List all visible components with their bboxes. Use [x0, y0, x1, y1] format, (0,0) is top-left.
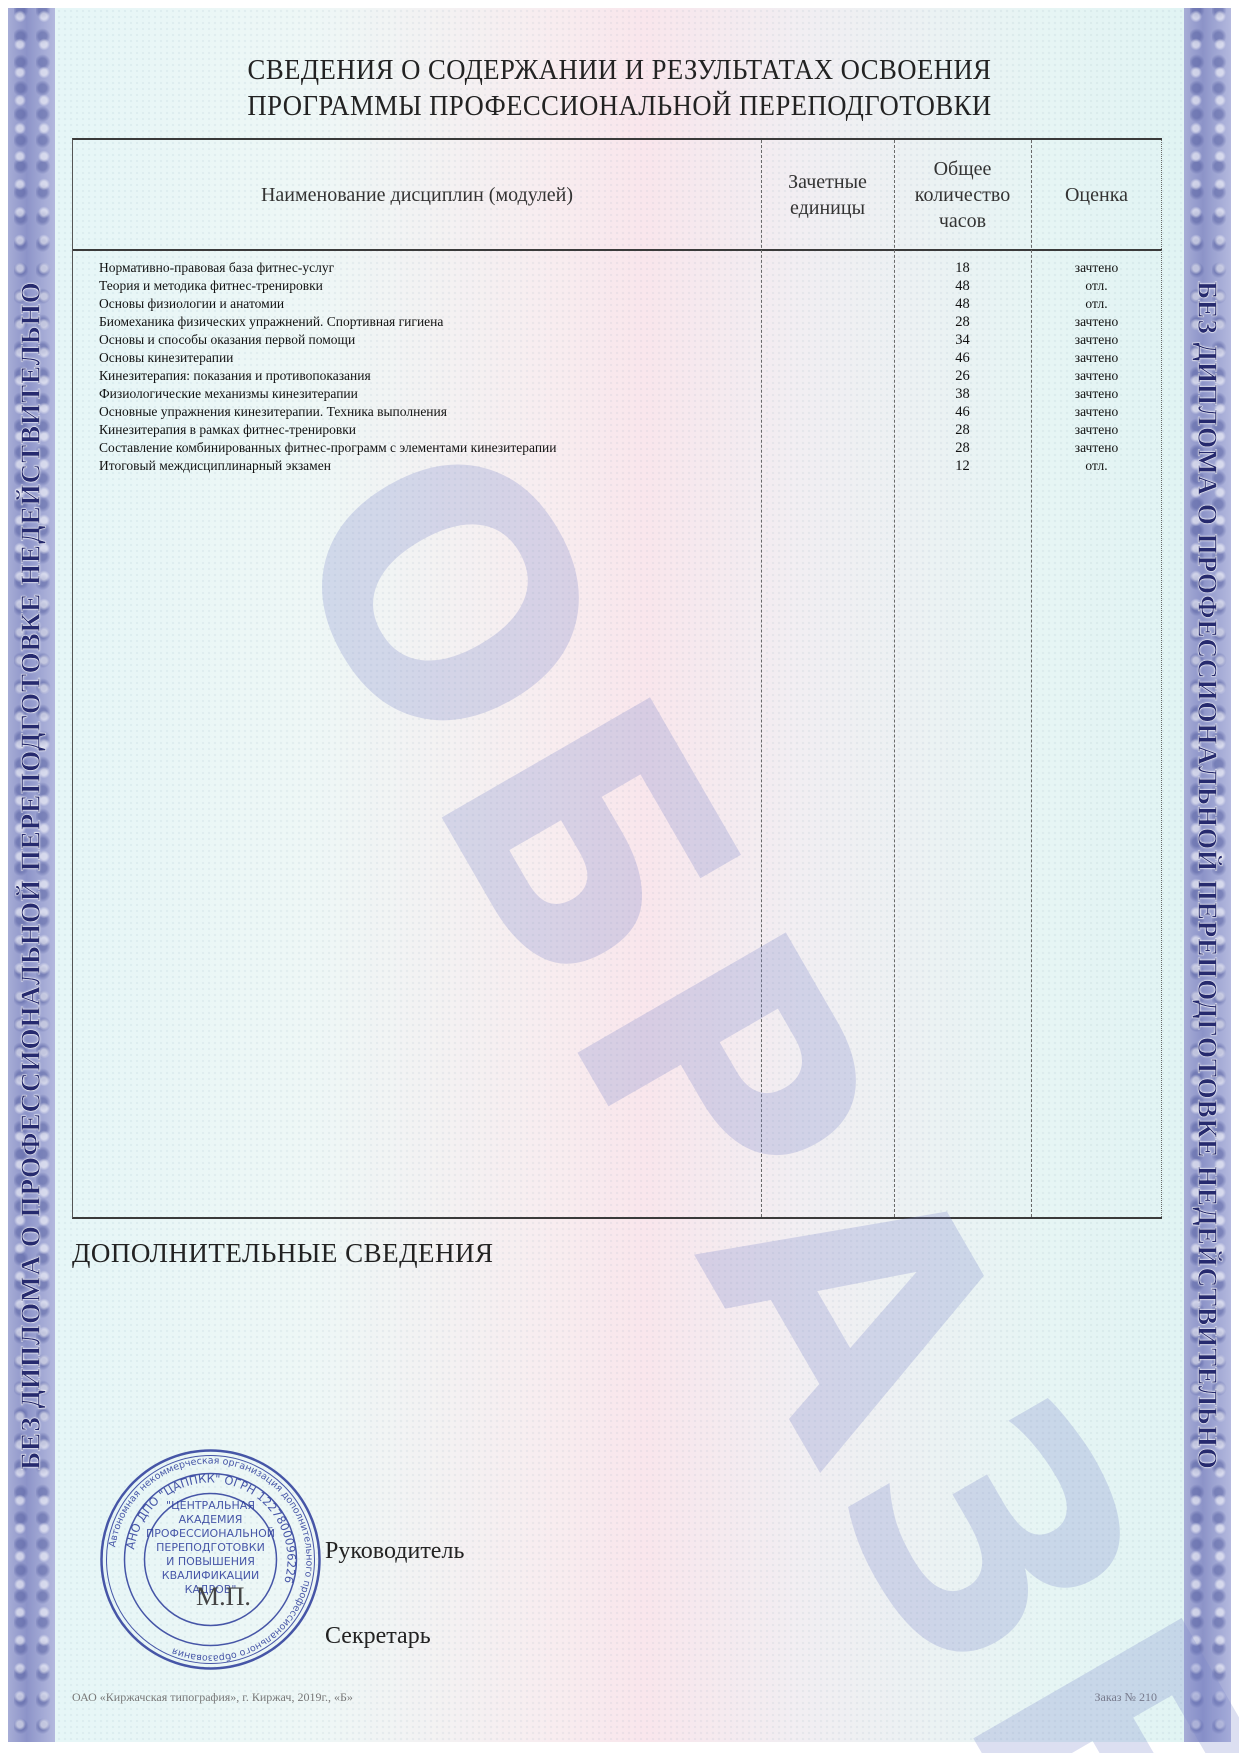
- grade: зачтено: [1031, 259, 1162, 277]
- total-hours: 34: [894, 331, 1031, 349]
- total-hours: 26: [894, 367, 1031, 385]
- discipline-name: Кинезитерапия: показания и противопоказа…: [99, 367, 371, 385]
- head-signature-label: Руководитель: [325, 1538, 464, 1565]
- discipline-name: Составление комбинированных фитнес-прогр…: [99, 439, 557, 457]
- grade: зачтено: [1031, 439, 1162, 457]
- grade: зачтено: [1031, 313, 1162, 331]
- table-row: Основные упражнения кинезитерапии. Техни…: [73, 403, 1162, 421]
- table-row: Теория и методика фитнес-тренировки48отл…: [73, 277, 1162, 295]
- discipline-name: Основы кинезитерапии: [99, 349, 233, 367]
- total-hours: 38: [894, 385, 1031, 403]
- discipline-name: Теория и методика фитнес-тренировки: [99, 277, 323, 295]
- organization-seal-icon: Автономная некоммерческая организация до…: [98, 1447, 323, 1672]
- header-discipline-name: Наименование дисциплин (модулей): [73, 140, 761, 249]
- header-divider: [73, 249, 1162, 251]
- printer-imprint: ОАО «Киржачская типография», г. Киржач, …: [72, 1690, 353, 1705]
- total-hours: 48: [894, 295, 1031, 313]
- border-warning-text: БЕЗ ДИПЛОМА О ПРОФЕССИОНАЛЬНОЙ ПЕРЕПОДГО…: [1192, 281, 1223, 1469]
- secretary-signature-label: Секретарь: [325, 1623, 431, 1650]
- discipline-name: Основные упражнения кинезитерапии. Техни…: [99, 403, 447, 421]
- table-row: Основы кинезитерапии46зачтено: [73, 349, 1162, 367]
- discipline-name: Основы и способы оказания первой помощи: [99, 331, 355, 349]
- total-hours: 28: [894, 421, 1031, 439]
- table-row: Итоговый междисциплинарный экзамен12отл.: [73, 457, 1162, 475]
- right-security-border: БЕЗ ДИПЛОМА О ПРОФЕССИОНАЛЬНОЙ ПЕРЕПОДГО…: [1184, 8, 1231, 1742]
- discipline-name: Нормативно-правовая база фитнес-услуг: [99, 259, 334, 277]
- grade: отл.: [1031, 457, 1162, 475]
- left-security-border: БЕЗ ДИПЛОМА О ПРОФЕССИОНАЛЬНОЙ ПЕРЕПОДГО…: [8, 8, 55, 1742]
- table-row: Основы физиологии и анатомии48отл.: [73, 295, 1162, 313]
- table-row: Основы и способы оказания первой помощи3…: [73, 331, 1162, 349]
- table-row: Составление комбинированных фитнес-прогр…: [73, 439, 1162, 457]
- grade: зачтено: [1031, 421, 1162, 439]
- stamp-place-label: М.П.: [196, 1582, 251, 1612]
- discipline-name: Кинезитерапия в рамках фитнес-тренировки: [99, 421, 356, 439]
- additional-info-heading: ДОПОЛНИТЕЛЬНЫЕ СВЕДЕНИЯ: [72, 1238, 494, 1269]
- table-row: Биомеханика физических упражнений. Спорт…: [73, 313, 1162, 331]
- grade: зачтено: [1031, 367, 1162, 385]
- disciplines-table: Наименование дисциплин (модулей) Зачетны…: [72, 138, 1162, 1219]
- total-hours: 28: [894, 313, 1031, 331]
- discipline-name: Биомеханика физических упражнений. Спорт…: [99, 313, 443, 331]
- title-line-2: ПРОГРАММЫ ПРОФЕССИОНАЛЬНОЙ ПЕРЕПОДГОТОВК…: [50, 88, 1190, 124]
- grade: отл.: [1031, 295, 1162, 313]
- total-hours: 12: [894, 457, 1031, 475]
- grade: зачтено: [1031, 331, 1162, 349]
- page-title: СВЕДЕНИЯ О СОДЕРЖАНИИ И РЕЗУЛЬТАТАХ ОСВО…: [0, 52, 1239, 124]
- header-credits: Зачетные единицы: [761, 140, 894, 249]
- header-grade: Оценка: [1031, 140, 1162, 249]
- discipline-name: Физиологические механизмы кинезитерапии: [99, 385, 358, 403]
- table-row: Физиологические механизмы кинезитерапии3…: [73, 385, 1162, 403]
- discipline-name: Итоговый междисциплинарный экзамен: [99, 457, 331, 475]
- total-hours: 48: [894, 277, 1031, 295]
- total-hours: 46: [894, 403, 1031, 421]
- table-row: Кинезитерапия в рамках фитнес-тренировки…: [73, 421, 1162, 439]
- header-total-hours: Общее количество часов: [894, 140, 1031, 249]
- total-hours: 28: [894, 439, 1031, 457]
- grade: зачтено: [1031, 385, 1162, 403]
- border-warning-text: БЕЗ ДИПЛОМА О ПРОФЕССИОНАЛЬНОЙ ПЕРЕПОДГО…: [16, 281, 47, 1469]
- grade: зачтено: [1031, 403, 1162, 421]
- discipline-name: Основы физиологии и анатомии: [99, 295, 284, 313]
- total-hours: 18: [894, 259, 1031, 277]
- table-row: Кинезитерапия: показания и противопоказа…: [73, 367, 1162, 385]
- table-body: Нормативно-правовая база фитнес-услуг18з…: [73, 259, 1162, 475]
- table-row: Нормативно-правовая база фитнес-услуг18з…: [73, 259, 1162, 277]
- total-hours: 46: [894, 349, 1031, 367]
- title-line-1: СВЕДЕНИЯ О СОДЕРЖАНИИ И РЕЗУЛЬТАТАХ ОСВО…: [50, 52, 1190, 88]
- grade: зачтено: [1031, 349, 1162, 367]
- grade: отл.: [1031, 277, 1162, 295]
- order-number: Заказ № 210: [1094, 1690, 1157, 1705]
